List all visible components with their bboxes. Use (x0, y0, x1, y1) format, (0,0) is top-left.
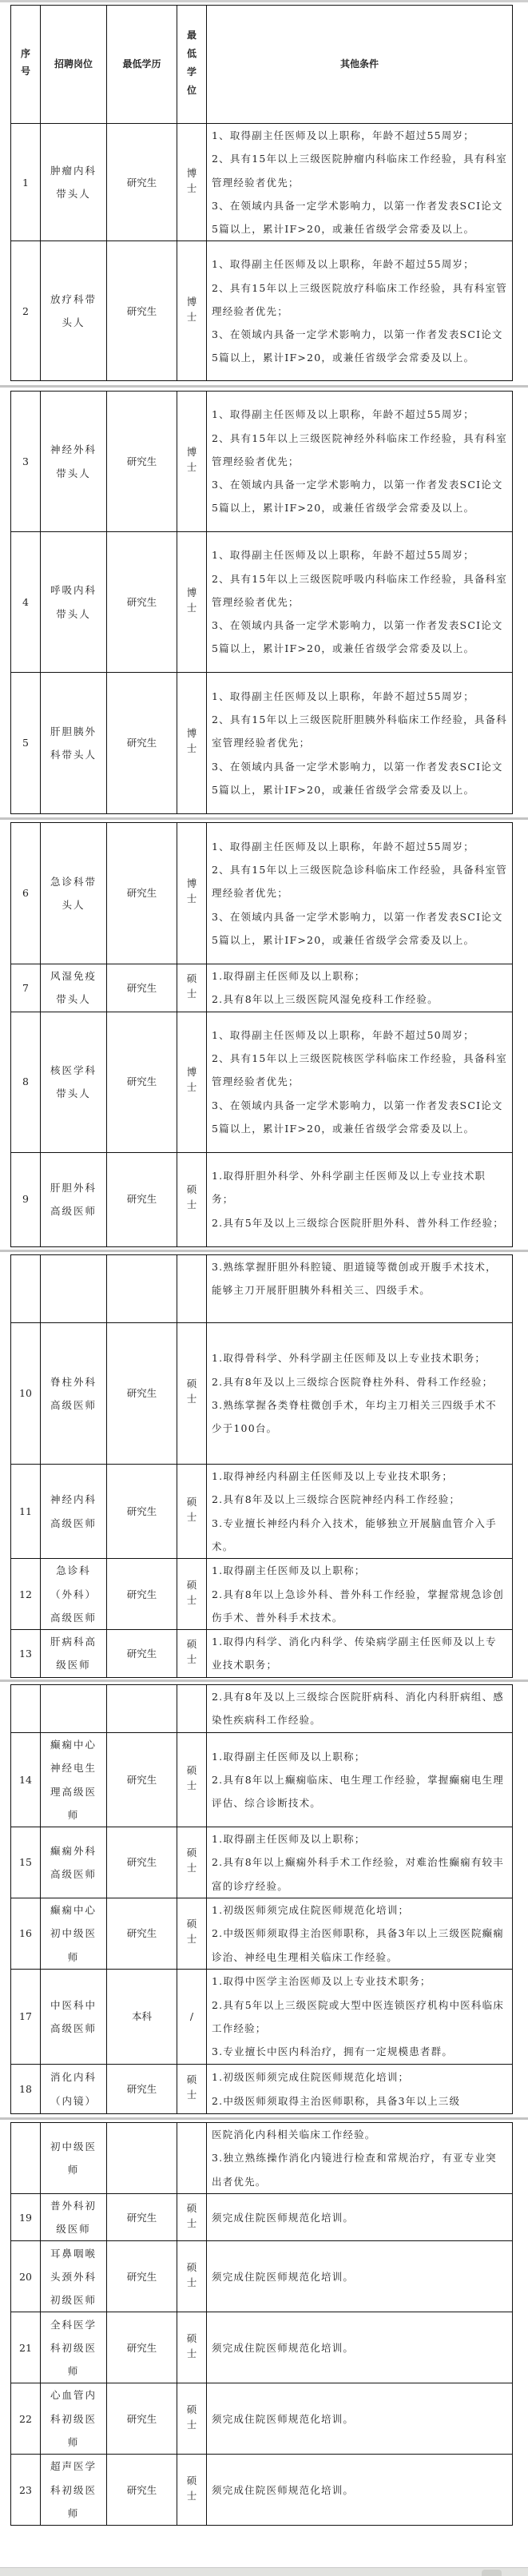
row-number: 9 (11, 1152, 41, 1246)
recruitment-table-page-3: 6急诊科带头人研究生博士1、取得副主任医师及以上职称，年龄不超过55周岁；2、具… (10, 822, 513, 1247)
degree-cell: 博士 (177, 673, 207, 814)
condition-item: 1、取得副主任医师及以上职称，年龄不超过50周岁； (212, 1024, 507, 1047)
conditions-cell: 1、取得副主任医师及以上职称，年龄不超过55周岁；2、具有15年以上三级医院神经… (207, 392, 513, 532)
education-cell: 研究生 (107, 823, 177, 964)
conditions-cell: 须完成住院医师规范化培训。 (207, 2193, 513, 2241)
education-value: 研究生 (127, 737, 157, 749)
conditions-cell: 1.取得副主任医师及以上职称；2.具有8年以上三级医院风湿免疫科工作经验。 (207, 964, 513, 1012)
degree-cell: 博士 (177, 241, 207, 381)
table-row-continued: 初中级医师医院消化内科相关临床工作经验。3.独立熟练操作消化内镜进行检查和常规治… (11, 2123, 513, 2194)
row-number: 16 (11, 1898, 41, 1970)
row-number-text: 6 (22, 887, 29, 899)
scrollbar-thumb[interactable] (482, 2570, 502, 2576)
row-number-text: 23 (19, 2484, 32, 2496)
education-cell: 研究生 (107, 1465, 177, 1559)
degree-cell: 博士 (177, 823, 207, 964)
degree-cell: 硕士 (177, 2383, 207, 2455)
education-value: 研究生 (127, 2413, 157, 2425)
row-number-text: 8 (22, 1075, 29, 1087)
degree-value: 硕士 (186, 1636, 197, 1667)
row-number: 21 (11, 2312, 41, 2383)
condition-item: 3、在领域内具备一定学术影响力，以第一作者发表SCI论文5篇以上，累计IF>20… (212, 614, 507, 661)
horizontal-scrollbar[interactable] (0, 2567, 528, 2576)
position-name: 全科医学科初级医师 (48, 2313, 99, 2383)
education-value: 研究生 (127, 2484, 157, 2496)
education-cell-continued (107, 2123, 177, 2194)
table-row: 6急诊科带头人研究生博士1、取得副主任医师及以上职称，年龄不超过55周岁；2、具… (11, 823, 513, 964)
education-cell: 研究生 (107, 241, 177, 381)
conditions-cell: 1.取得神经内科副主任医师及以上专业技术职务；2.具有8年及以上三级综合医院神经… (207, 1465, 513, 1559)
row-number-text: 21 (19, 2342, 32, 2354)
condition-item: 3、在领域内具备一定学术影响力，以第一作者发表SCI论文5篇以上，累计IF>20… (212, 755, 507, 802)
page-separator (0, 385, 528, 388)
condition-item: 1.取得副主任医师及以上职称； (212, 1559, 507, 1582)
degree-cell: 硕士 (177, 2455, 207, 2526)
condition-item: 1.取得副主任医师及以上职称； (212, 1745, 507, 1768)
conditions-cell: 1.取得副主任医师及以上职称；2.具有8年以上癫痫外科手术工作经验，对难治性癫痫… (207, 1827, 513, 1898)
education-cell: 研究生 (107, 1012, 177, 1152)
condition-item: 2.具有8年及以上三级综合医院脊柱外科、骨科工作经验； (212, 1370, 507, 1393)
recruitment-table-page-6: 初中级医师医院消化内科相关临床工作经验。3.独立熟练操作消化内镜进行检查和常规治… (10, 2122, 513, 2526)
education-value: 研究生 (127, 1856, 157, 1868)
position-name: 肝胆胰外科带头人 (48, 720, 99, 767)
table-row: 22心血管内科初级医师研究生硕士须完成住院医师规范化培训。 (11, 2383, 513, 2455)
position-cell: 急诊科（外科）高级医师 (41, 1559, 107, 1630)
row-number: 12 (11, 1559, 41, 1630)
condition-item: 1.取得神经内科副主任医师及以上专业技术职务； (212, 1465, 507, 1488)
row-number-text: 17 (19, 2010, 32, 2022)
degree-value: 硕士 (186, 2260, 197, 2290)
row-number: 23 (11, 2455, 41, 2526)
table-row: 10脊柱外科高级医师研究生硕士1.取得骨科学、外科学副主任医师及以上专业技术职务… (11, 1323, 513, 1465)
education-cell: 研究生 (107, 1898, 177, 1970)
education-value: 研究生 (127, 1648, 157, 1660)
degree-cell-continued (177, 1255, 207, 1323)
degree-value: 博士 (186, 1064, 197, 1095)
recruitment-table-page-1: 序号 招聘岗位 最低学历 最低学位 其他条件 1肿瘤内科带头人研究生博士1、取得… (10, 5, 513, 381)
condition-item: 须完成住院医师规范化培训。 (212, 2265, 507, 2288)
conditions-cell: 须完成住院医师规范化培训。 (207, 2455, 513, 2526)
position-name: 急诊科（外科）高级医师 (48, 1559, 99, 1629)
position-cell: 肝胆外科高级医师 (41, 1152, 107, 1246)
condition-item: 2、具有15年以上三级医院肝胆胰外科临床工作经验，具备科室管理经验者优先； (212, 708, 507, 755)
table-row: 15癫痫外科高级医师研究生硕士1.取得副主任医师及以上职称；2.具有8年以上癫痫… (11, 1827, 513, 1898)
table-row-continued: 3.熟练掌握肝胆外科腔镜、胆道镜等微创或开腹手术技术，能够主刀开展肝胆胰外科相关… (11, 1255, 513, 1323)
row-number-text: 4 (22, 596, 29, 608)
education-cell: 研究生 (107, 1827, 177, 1898)
position-cell: 肝病科高级医师 (41, 1630, 107, 1678)
conditions-cell-continued: 2.具有8年及以上三级综合医院肝病科、消化内科肝病组、感染性疾病科工作经验。 (207, 1685, 513, 1733)
row-number-text: 13 (19, 1648, 32, 1660)
table-row: 5肝胆胰外科带头人研究生博士1、取得副主任医师及以上职称，年龄不超过55周岁；2… (11, 673, 513, 814)
row-number: 22 (11, 2383, 41, 2455)
header-position: 招聘岗位 (41, 6, 107, 124)
position-name: 癫痫中心初中级医师 (48, 1898, 99, 1969)
position-cell: 超声医学科初级医师 (41, 2455, 107, 2526)
condition-item: 3、在领域内具备一定学术影响力，以第一作者发表SCI论文5篇以上，累计IF>20… (212, 473, 507, 520)
condition-item: 1.取得副主任医师及以上职称； (212, 964, 507, 988)
condition-item: 2.具有8年以上癫痫临床、电生理工作经验，掌握癫痫电生理评估、综合诊断技术。 (212, 1768, 507, 1815)
degree-value: 硕士 (186, 1494, 197, 1525)
conditions-cell: 须完成住院医师规范化培训。 (207, 2312, 513, 2383)
position-cell: 放疗科带头人 (41, 241, 107, 381)
education-cell: 研究生 (107, 2241, 177, 2312)
table-row: 13肝病科高级医师研究生硕士1.取得内科学、消化内科学、传染病学副主任医师及以上… (11, 1630, 513, 1678)
position-cell-continued (41, 1255, 107, 1323)
education-value: 研究生 (127, 596, 157, 608)
row-number-continued (11, 1255, 41, 1323)
row-number: 10 (11, 1323, 41, 1465)
education-value: 研究生 (127, 1774, 157, 1786)
row-number: 14 (11, 1733, 41, 1827)
condition-item: 1.初级医师须完成住院医师规范化培训； (212, 1898, 507, 1922)
position-name: 普外科初级医师 (48, 2194, 99, 2241)
header-education: 最低学历 (107, 6, 177, 124)
row-number: 18 (11, 2065, 41, 2114)
position-cell: 耳鼻咽喉头颈外科初级医师 (41, 2241, 107, 2312)
condition-item: 2、具有15年以上三级医院呼吸内科临床工作经验，具备科室管理经验者优先； (212, 567, 507, 614)
row-number-text: 20 (19, 2271, 32, 2283)
position-name: 神经外科带头人 (48, 438, 99, 485)
condition-item: 1.初级医师须完成住院医师规范化培训； (212, 2065, 507, 2089)
position-name: 脊柱外科高级医师 (48, 1370, 99, 1417)
row-number: 15 (11, 1827, 41, 1898)
condition-item: 医院消化内科相关临床工作经验。 (212, 2123, 507, 2146)
condition-item: 1.取得骨科学、外科学副主任医师及以上专业技术职务； (212, 1346, 507, 1369)
row-number-text: 22 (19, 2413, 32, 2425)
conditions-cell: 1、取得副主任医师及以上职称，年龄不超过55周岁；2、具有15年以上三级医院放疗… (207, 241, 513, 381)
condition-item: 3.专业擅长神经内科介入技术，能够独立开展脑血管介入手术。 (212, 1512, 507, 1559)
education-value: 研究生 (127, 305, 157, 317)
conditions-cell: 须完成住院医师规范化培训。 (207, 2383, 513, 2455)
condition-item: 2、具有15年以上三级医院核医学科临床工作经验，具备科室管理经验者优先； (212, 1047, 507, 1094)
degree-cell-continued (177, 1685, 207, 1733)
condition-item: 3.专业擅长中医内科治疗，拥有一定规模患者群。 (212, 2040, 507, 2063)
header-conditions: 其他条件 (207, 6, 513, 124)
condition-item: 2.具有8年及以上三级综合医院肝病科、消化内科肝病组、感染性疾病科工作经验。 (212, 1685, 507, 1732)
degree-cell: 硕士 (177, 1152, 207, 1246)
row-number-text: 10 (19, 1387, 32, 1399)
conditions-cell: 1.取得副主任医师及以上职称；2.具有8年以上癫痫临床、电生理工作经验，掌握癫痫… (207, 1733, 513, 1827)
degree-value: 博士 (186, 165, 197, 196)
position-name: 肿瘤内科带头人 (48, 159, 99, 206)
table-row: 4呼吸内科带头人研究生博士1、取得副主任医师及以上职称，年龄不超过55周岁；2、… (11, 532, 513, 673)
education-cell: 研究生 (107, 1323, 177, 1465)
table-row: 19普外科初级医师研究生硕士须完成住院医师规范化培训。 (11, 2193, 513, 2241)
degree-value: 硕士 (186, 1376, 197, 1406)
condition-item: 1.取得肝胆外科学、外科学副主任医师及以上专业技术职务； (212, 1164, 507, 1211)
table-row: 1肿瘤内科带头人研究生博士1、取得副主任医师及以上职称，年龄不超过55周岁；2、… (11, 124, 513, 241)
condition-item: 3.熟练掌握肝胆外科腔镜、胆道镜等微创或开腹手术技术，能够主刀开展肝胆胰外科相关… (212, 1255, 507, 1302)
header-no: 序号 (11, 6, 41, 124)
position-cell: 神经外科带头人 (41, 392, 107, 532)
degree-value: 博士 (186, 876, 197, 906)
education-cell: 本科 (107, 1970, 177, 2065)
condition-item: 1.取得内科学、消化内科学、传染病学副主任医师及以上专业技术职务； (212, 1630, 507, 1677)
condition-item: 2、具有15年以上三级医院急诊科临床工作经验，具备科室管理经验者优先； (212, 858, 507, 905)
education-cell: 研究生 (107, 124, 177, 241)
row-number-text: 1 (22, 177, 29, 189)
conditions-cell: 1.取得中医学主治医师及以上专业技术职务；2.具有5年以上三级医院或大型中医连锁… (207, 1970, 513, 2065)
position-name: 神经内科高级医师 (48, 1488, 99, 1535)
education-value: 研究生 (127, 1505, 157, 1517)
degree-cell: 硕士 (177, 964, 207, 1012)
position-cell: 肝胆胰外科带头人 (41, 673, 107, 814)
table-row: 7风湿免疫带头人研究生硕士1.取得副主任医师及以上职称；2.具有8年以上三级医院… (11, 964, 513, 1012)
row-number: 11 (11, 1465, 41, 1559)
degree-value: 博士 (186, 294, 197, 324)
condition-item: 2、具有15年以上三级医院肿瘤内科临床工作经验，具有科室管理经验者优先； (212, 147, 507, 194)
table-row: 2放疗科带头人研究生博士1、取得副主任医师及以上职称，年龄不超过55周岁；2、具… (11, 241, 513, 381)
row-number: 7 (11, 964, 41, 1012)
degree-cell: 博士 (177, 392, 207, 532)
condition-item: 2.具有8年以上癫痫外科手术工作经验，对难治性癫痫有较丰富的诊疗经验。 (212, 1851, 507, 1898)
row-number: 8 (11, 1012, 41, 1152)
position-cell: 脊柱外科高级医师 (41, 1323, 107, 1465)
condition-item: 3.熟练掌握各类脊柱微创手术，年均主刀相关三四级手术不少于100台。 (212, 1393, 507, 1441)
condition-item: 3、在领域内具备一定学术影响力，以第一作者发表SCI论文5篇以上，累计IF>20… (212, 1094, 507, 1141)
degree-value: 硕士 (186, 2473, 197, 2503)
education-cell: 研究生 (107, 2312, 177, 2383)
condition-item: 1.取得副主任医师及以上职称； (212, 1827, 507, 1851)
degree-cell: 博士 (177, 1012, 207, 1152)
degree-cell: 硕士 (177, 2241, 207, 2312)
education-cell-continued (107, 1255, 177, 1323)
condition-item: 2.具有5年以上三级医院或大型中医连锁医疗机构中医科临床工作经验； (212, 1994, 507, 2041)
row-number-text: 11 (19, 1505, 32, 1517)
degree-cell: 硕士 (177, 1898, 207, 1970)
education-cell: 研究生 (107, 1559, 177, 1630)
education-value: 研究生 (127, 887, 157, 899)
row-number-text: 14 (19, 1774, 32, 1786)
education-value: 研究生 (127, 982, 157, 994)
position-cell: 普外科初级医师 (41, 2193, 107, 2241)
row-number: 17 (11, 1970, 41, 2065)
degree-cell: 博士 (177, 124, 207, 241)
education-value: 研究生 (127, 1927, 157, 1939)
education-value: 研究生 (127, 2342, 157, 2354)
row-number-text: 15 (19, 1856, 32, 1868)
table-row: 18消化内科（内镜）研究生硕士1.初级医师须完成住院医师规范化培训；2.中级医师… (11, 2065, 513, 2114)
recruitment-table-page-2: 3神经外科带头人研究生博士1、取得副主任医师及以上职称，年龄不超过55周岁；2、… (10, 391, 513, 814)
table-row: 21全科医学科初级医师研究生硕士须完成住院医师规范化培训。 (11, 2312, 513, 2383)
table-row-continued: 2.具有8年及以上三级综合医院肝病科、消化内科肝病组、感染性疾病科工作经验。 (11, 1685, 513, 1733)
position-cell: 全科医学科初级医师 (41, 2312, 107, 2383)
condition-item: 3、在领域内具备一定学术影响力，以第一作者发表SCI论文5篇以上，累计IF>20… (212, 194, 507, 241)
degree-cell: 硕士 (177, 1630, 207, 1678)
degree-value: / (186, 2009, 197, 2024)
position-cell-continued (41, 1685, 107, 1733)
condition-item: 3.独立熟练操作消化内镜进行检查和常规治疗，有亚专业突出者优先。 (212, 2146, 507, 2193)
education-cell: 研究生 (107, 1630, 177, 1678)
degree-value: 硕士 (186, 2402, 197, 2432)
conditions-cell: 1、取得副主任医师及以上职称，年龄不超过55周岁；2、具有15年以上三级医院呼吸… (207, 532, 513, 673)
conditions-cell: 1、取得副主任医师及以上职称，年龄不超过55周岁；2、具有15年以上三级医院肝胆… (207, 673, 513, 814)
degree-value: 硕士 (186, 1182, 197, 1212)
table-row: 16癫痫中心初中级医师研究生硕士1.初级医师须完成住院医师规范化培训；2.中级医… (11, 1898, 513, 1970)
degree-value: 博士 (186, 585, 197, 615)
page-separator (0, 1680, 528, 1682)
condition-item: 1、取得副主任医师及以上职称，年龄不超过55周岁； (212, 124, 507, 147)
education-value: 研究生 (127, 1075, 157, 1087)
degree-cell: 硕士 (177, 2312, 207, 2383)
education-cell: 研究生 (107, 532, 177, 673)
degree-cell: / (177, 1970, 207, 2065)
table-row: 17中医科中高级医师本科/1.取得中医学主治医师及以上专业技术职务；2.具有5年… (11, 1970, 513, 2065)
row-number: 19 (11, 2193, 41, 2241)
degree-value: 博士 (186, 444, 197, 475)
recruitment-table-page-4: 3.熟练掌握肝胆外科腔镜、胆道镜等微创或开腹手术技术，能够主刀开展肝胆胰外科相关… (10, 1254, 513, 1678)
degree-value: 硕士 (186, 971, 197, 1001)
page-separator (0, 817, 528, 820)
position-cell: 肿瘤内科带头人 (41, 124, 107, 241)
row-number: 20 (11, 2241, 41, 2312)
row-number-text: 19 (19, 2212, 32, 2224)
conditions-cell: 须完成住院医师规范化培训。 (207, 2241, 513, 2312)
conditions-cell: 1.取得肝胆外科学、外科学副主任医师及以上专业技术职务；2.具有5年及以上三级综… (207, 1152, 513, 1246)
row-number: 1 (11, 124, 41, 241)
degree-value: 硕士 (186, 1763, 197, 1793)
condition-item: 2.具有8年以上急诊外科、普外科工作经验，掌握常规急诊创伤手术、普外科手术技术。 (212, 1583, 507, 1630)
education-value: 研究生 (127, 455, 157, 467)
row-number-text: 7 (22, 982, 29, 994)
education-value: 研究生 (127, 177, 157, 189)
table-header-row: 序号 招聘岗位 最低学历 最低学位 其他条件 (11, 6, 513, 124)
table-row: 14癫痫中心神经电生理高级医师研究生硕士1.取得副主任医师及以上职称；2.具有8… (11, 1733, 513, 1827)
row-number: 6 (11, 823, 41, 964)
education-cell: 研究生 (107, 964, 177, 1012)
degree-value: 硕士 (186, 1916, 197, 1946)
table-row: 8核医学科带头人研究生博士1、取得副主任医师及以上职称，年龄不超过50周岁；2、… (11, 1012, 513, 1152)
conditions-cell: 1.取得骨科学、外科学副主任医师及以上专业技术职务；2.具有8年及以上三级综合医… (207, 1323, 513, 1465)
position-cell: 呼吸内科带头人 (41, 532, 107, 673)
education-cell: 研究生 (107, 2383, 177, 2455)
condition-item: 2.具有5年及以上三级综合医院肝胆外科、普外科工作经验； (212, 1211, 507, 1234)
education-cell: 研究生 (107, 2193, 177, 2241)
condition-item: 1、取得副主任医师及以上职称，年龄不超过55周岁； (212, 543, 507, 566)
position-cell-continued: 初中级医师 (41, 2123, 107, 2194)
degree-value: 硕士 (186, 1577, 197, 1608)
recruitment-table-page-5: 2.具有8年及以上三级综合医院肝病科、消化内科肝病组、感染性疾病科工作经验。 1… (10, 1684, 513, 2114)
condition-item: 2、具有15年以上三级医院放疗科临床工作经验，具有科室管理经验者优先； (212, 276, 507, 324)
condition-item: 须完成住院医师规范化培训。 (212, 2407, 507, 2431)
row-number: 2 (11, 241, 41, 381)
table-row: 11神经内科高级医师研究生硕士1.取得神经内科副主任医师及以上专业技术职务；2.… (11, 1465, 513, 1559)
conditions-cell: 1、取得副主任医师及以上职称，年龄不超过50周岁；2、具有15年以上三级医院核医… (207, 1012, 513, 1152)
education-cell: 研究生 (107, 673, 177, 814)
row-number-continued (11, 1685, 41, 1733)
conditions-cell: 1、取得副主任医师及以上职称，年龄不超过55周岁；2、具有15年以上三级医院急诊… (207, 823, 513, 964)
position-cell: 消化内科（内镜） (41, 2065, 107, 2114)
position-cell: 神经内科高级医师 (41, 1465, 107, 1559)
education-value: 研究生 (127, 1193, 157, 1205)
degree-cell: 硕士 (177, 1465, 207, 1559)
row-number-text: 9 (22, 1193, 29, 1205)
position-name-continued: 初中级医师 (48, 2135, 99, 2182)
table-row: 9肝胆外科高级医师研究生硕士1.取得肝胆外科学、外科学副主任医师及以上专业技术职… (11, 1152, 513, 1246)
position-name: 中医科中高级医师 (48, 1994, 99, 2041)
condition-item: 3、在领域内具备一定学术影响力，以第一作者发表SCI论文5篇以上，累计IF>20… (212, 323, 507, 370)
row-number-text: 3 (22, 455, 29, 467)
degree-value: 硕士 (186, 2072, 197, 2102)
position-name: 肝病科高级医师 (48, 1630, 99, 1677)
row-number-continued (11, 2123, 41, 2194)
position-name: 耳鼻咽喉头颈外科初级医师 (48, 2242, 99, 2312)
condition-item: 1、取得副主任医师及以上职称，年龄不超过55周岁； (212, 252, 507, 276)
header-degree: 最低学位 (177, 6, 207, 124)
degree-cell: 博士 (177, 532, 207, 673)
table-row: 20耳鼻咽喉头颈外科初级医师研究生硕士须完成住院医师规范化培训。 (11, 2241, 513, 2312)
position-name: 心血管内科初级医师 (48, 2383, 99, 2454)
degree-value: 硕士 (186, 2200, 197, 2231)
position-name: 呼吸内科带头人 (48, 578, 99, 626)
position-cell: 癫痫外科高级医师 (41, 1827, 107, 1898)
condition-item: 须完成住院医师规范化培训。 (212, 2206, 507, 2229)
position-cell: 心血管内科初级医师 (41, 2383, 107, 2455)
condition-item: 须完成住院医师规范化培训。 (212, 2479, 507, 2502)
condition-item: 3、在领域内具备一定学术影响力，以第一作者发表SCI论文5篇以上，累计IF>20… (212, 905, 507, 952)
education-cell: 研究生 (107, 392, 177, 532)
degree-cell: 硕士 (177, 1733, 207, 1827)
position-cell: 风湿免疫带头人 (41, 964, 107, 1012)
conditions-cell-continued: 3.熟练掌握肝胆外科腔镜、胆道镜等微创或开腹手术技术，能够主刀开展肝胆胰外科相关… (207, 1255, 513, 1323)
row-number: 5 (11, 673, 41, 814)
position-name: 消化内科（内镜） (48, 2065, 99, 2113)
conditions-cell: 1、取得副主任医师及以上职称，年龄不超过55周岁；2、具有15年以上三级医院肿瘤… (207, 124, 513, 241)
row-number-text: 2 (22, 305, 29, 317)
condition-item: 1、取得副主任医师及以上职称，年龄不超过55周岁； (212, 403, 507, 426)
condition-item: 2.具有8年以上三级医院风湿免疫科工作经验。 (212, 988, 507, 1011)
row-number-text: 16 (19, 1927, 32, 1939)
conditions-cell: 1.取得内科学、消化内科学、传染病学副主任医师及以上专业技术职务； (207, 1630, 513, 1678)
degree-cell: 硕士 (177, 1559, 207, 1630)
condition-item: 1.取得中医学主治医师及以上专业技术职务； (212, 1970, 507, 1993)
education-value: 研究生 (127, 1588, 157, 1600)
degree-cell-continued (177, 2123, 207, 2194)
condition-item: 2.中级医师须取得主治医师职称，具备3年以上三级 (212, 2089, 507, 2113)
condition-item: 2.中级医师须取得主治医师职称，具备3年以上三级医院癫痫诊治、神经电生理相关临床… (212, 1922, 507, 1969)
viewer-top-edge (0, 0, 528, 2)
position-name: 风湿免疫带头人 (48, 964, 99, 1012)
conditions-cell: 1.初级医师须完成住院医师规范化培训；2.中级医师须取得主治医师职称，具备3年以… (207, 1898, 513, 1970)
education-value: 研究生 (127, 1387, 157, 1399)
position-name: 急诊科带头人 (48, 870, 99, 917)
degree-value: 硕士 (186, 2331, 197, 2361)
degree-value: 硕士 (186, 1845, 197, 1875)
row-number-text: 12 (19, 1588, 32, 1600)
education-cell: 研究生 (107, 1733, 177, 1827)
degree-cell: 硕士 (177, 1323, 207, 1465)
condition-item: 1、取得副主任医师及以上职称，年龄不超过55周岁； (212, 685, 507, 708)
position-cell: 中医科中高级医师 (41, 1970, 107, 2065)
position-cell: 癫痫中心初中级医师 (41, 1898, 107, 1970)
conditions-cell: 1.取得副主任医师及以上职称；2.具有8年以上急诊外科、普外科工作经验，掌握常规… (207, 1559, 513, 1630)
position-name: 肝胆外科高级医师 (48, 1176, 99, 1223)
position-name: 癫痫外科高级医师 (48, 1839, 99, 1886)
position-name: 放疗科带头人 (48, 288, 99, 335)
conditions-cell: 1.初级医师须完成住院医师规范化培训；2.中级医师须取得主治医师职称，具备3年以… (207, 2065, 513, 2114)
page-separator (0, 2117, 528, 2120)
row-number-text: 18 (19, 2083, 32, 2095)
education-cell: 研究生 (107, 1152, 177, 1246)
row-number: 4 (11, 532, 41, 673)
position-name: 超声医学科初级医师 (48, 2455, 99, 2525)
education-cell-continued (107, 1685, 177, 1733)
position-cell: 核医学科带头人 (41, 1012, 107, 1152)
education-value: 本科 (132, 2010, 152, 2022)
position-name: 核医学科带头人 (48, 1059, 99, 1106)
position-cell: 急诊科带头人 (41, 823, 107, 964)
